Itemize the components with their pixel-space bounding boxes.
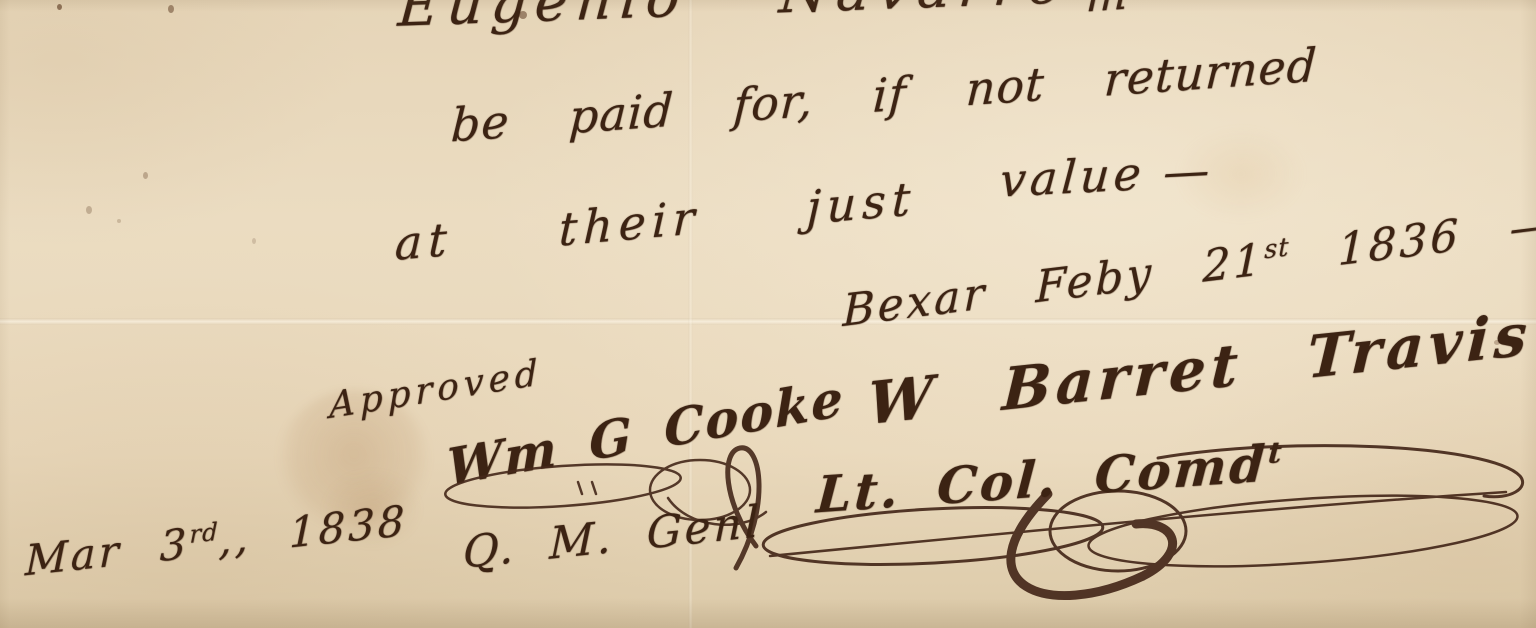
manuscript-line-eugenio-navarro: Eugenio Navarro: [396, 0, 1072, 36]
ink-speck: [57, 4, 62, 10]
ink-speck: [143, 172, 148, 179]
manuscript-paper: Eugenio Navarro m be paid for, if not re…: [0, 0, 1536, 628]
manuscript-line-be-paid-for: be paid for, if not returned: [450, 42, 1319, 149]
ink-speck: [117, 219, 121, 223]
approval-date-text: Mar 3: [25, 519, 190, 586]
ink-speck: [168, 5, 174, 13]
approved-label: Approved: [329, 355, 543, 425]
manuscript-line-value: value —: [999, 146, 1216, 203]
approval-date-year: ,, 1838: [218, 496, 408, 565]
manuscript-line1-clipped-tail: m: [1085, 0, 1128, 20]
ink-speck: [86, 206, 92, 214]
dateline-superscript: st: [1264, 232, 1290, 265]
dateline-year: 1836 —: [1289, 198, 1536, 282]
ink-speck: [252, 238, 256, 244]
approval-date-1838: Mar 3rd,, 1838: [25, 500, 408, 582]
paper-edge-shadow-left: [0, 0, 10, 628]
rank-superscript: t: [1267, 435, 1284, 470]
approval-date-superscript: rd: [189, 517, 219, 549]
manuscript-line-at-their-just: at their just: [394, 175, 917, 267]
